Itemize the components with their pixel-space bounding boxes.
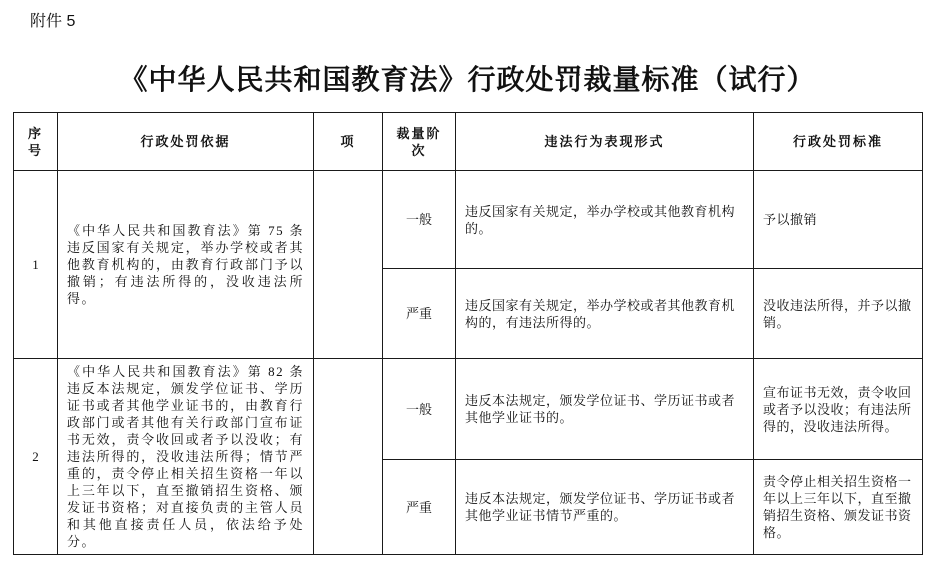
column-header-item: 项 bbox=[314, 113, 383, 171]
basis-cell: 《中华人民共和国教育法》第 75 条 违反国家有关规定，举办学校或者其他教育机构… bbox=[58, 171, 314, 359]
standard-cell: 予以撤销 bbox=[754, 171, 923, 269]
basis-cell: 《中华人民共和国教育法》第 82 条 违反本法规定，颁发学位证书、学历证书或者其… bbox=[58, 359, 314, 555]
level-cell: 严重 bbox=[383, 269, 456, 359]
table-row: 2 《中华人民共和国教育法》第 82 条 违反本法规定，颁发学位证书、学历证书或… bbox=[14, 359, 923, 460]
table-row: 1 《中华人民共和国教育法》第 75 条 违反国家有关规定，举办学校或者其他教育… bbox=[14, 171, 923, 269]
column-header-level: 裁量阶次 bbox=[383, 113, 456, 171]
column-header-standard: 行政处罚标准 bbox=[754, 113, 923, 171]
behavior-cell: 违反国家有关规定，举办学校或者其他教育机构的，有违法所得的。 bbox=[456, 269, 754, 359]
level-cell: 一般 bbox=[383, 171, 456, 269]
standard-cell: 没收违法所得，并予以撤销。 bbox=[754, 269, 923, 359]
column-header-behavior: 违法行为表现形式 bbox=[456, 113, 754, 171]
level-cell: 严重 bbox=[383, 460, 456, 555]
level-cell: 一般 bbox=[383, 359, 456, 460]
column-header-no: 序号 bbox=[14, 113, 58, 171]
item-cell bbox=[314, 359, 383, 555]
penalty-standards-table: 序号 行政处罚依据 项 裁量阶次 违法行为表现形式 行政处罚标准 1 《中华人民… bbox=[13, 112, 923, 555]
standard-cell: 宣布证书无效，责令收回或者予以没收；有违法所得的，没收违法所得。 bbox=[754, 359, 923, 460]
table-header-row: 序号 行政处罚依据 项 裁量阶次 违法行为表现形式 行政处罚标准 bbox=[14, 113, 923, 171]
column-header-basis: 行政处罚依据 bbox=[58, 113, 314, 171]
row-number-cell: 2 bbox=[14, 359, 58, 555]
page-title: 《中华人民共和国教育法》行政处罚裁量标准（试行） bbox=[13, 58, 922, 98]
attachment-label: 附件 5 bbox=[30, 8, 75, 31]
behavior-cell: 违反本法规定，颁发学位证书、学历证书或者其他学业证书情节严重的。 bbox=[456, 460, 754, 555]
document-page: 附件 5 《中华人民共和国教育法》行政处罚裁量标准（试行） 序号 行政处罚依据 … bbox=[0, 0, 927, 563]
behavior-cell: 违反本法规定，颁发学位证书、学历证书或者其他学业证书的。 bbox=[456, 359, 754, 460]
behavior-cell: 违反国家有关规定，举办学校或其他教育机构的。 bbox=[456, 171, 754, 269]
item-cell bbox=[314, 171, 383, 359]
standard-cell: 责令停止相关招生资格一年以上三年以下，直至撤销招生资格、颁发证书资格。 bbox=[754, 460, 923, 555]
row-number-cell: 1 bbox=[14, 171, 58, 359]
